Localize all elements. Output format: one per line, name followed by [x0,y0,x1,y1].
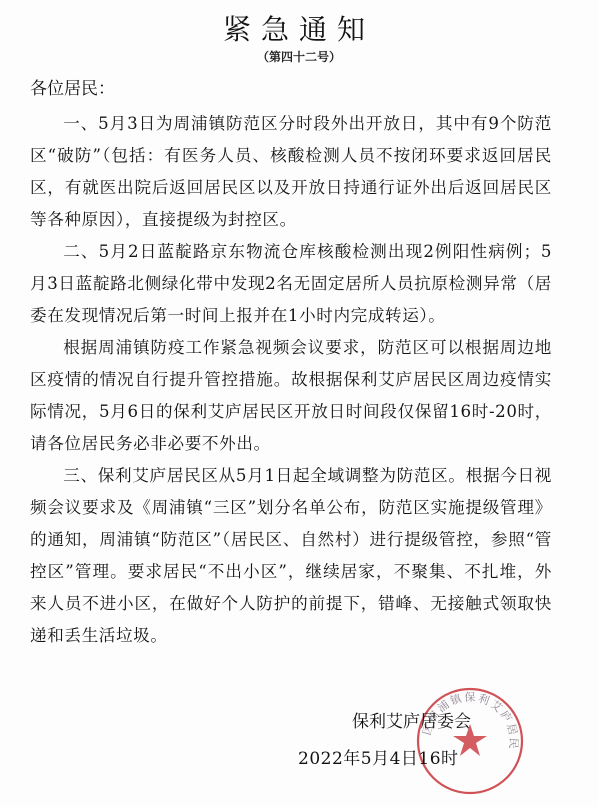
document-title: 紧急通知 [0,8,598,48]
signature-committee: 保利艾庐居委会 [352,707,471,732]
issue-date: 2022年5月4日16时 [298,744,459,769]
paragraph-4: 三、保利艾庐居民区从5月1日起全域调整为防范区。根据今日视频会议要求及《周浦镇“… [30,460,552,652]
paragraph-2: 二、5月2日蓝靛路京东物流仓库核酸检测出现2例阳性病例；5月3日蓝靛路北侧绿化带… [30,236,552,332]
paragraph-3: 根据周浦镇防疫工作紧急视频会议要求，防范区可以根据周边地区疫情的情况自行提升管控… [30,332,552,460]
notice-body: 一、5月3日为周浦镇防范区分时段外出开放日，其中有9个防范区“破防”（包括：有医… [30,108,552,652]
official-seal-icon: 区周浦镇保利艾庐居民 [415,686,525,796]
paragraph-1: 一、5月3日为周浦镇防范区分时段外出开放日，其中有9个防范区“破防”（包括：有医… [30,108,552,236]
issue-number: （第四十二号） [0,48,598,65]
notice-page: 紧急通知 （第四十二号） 各位居民： 一、5月3日为周浦镇防范区分时段外出开放日… [0,0,598,807]
salutation: 各位居民： [30,74,115,99]
